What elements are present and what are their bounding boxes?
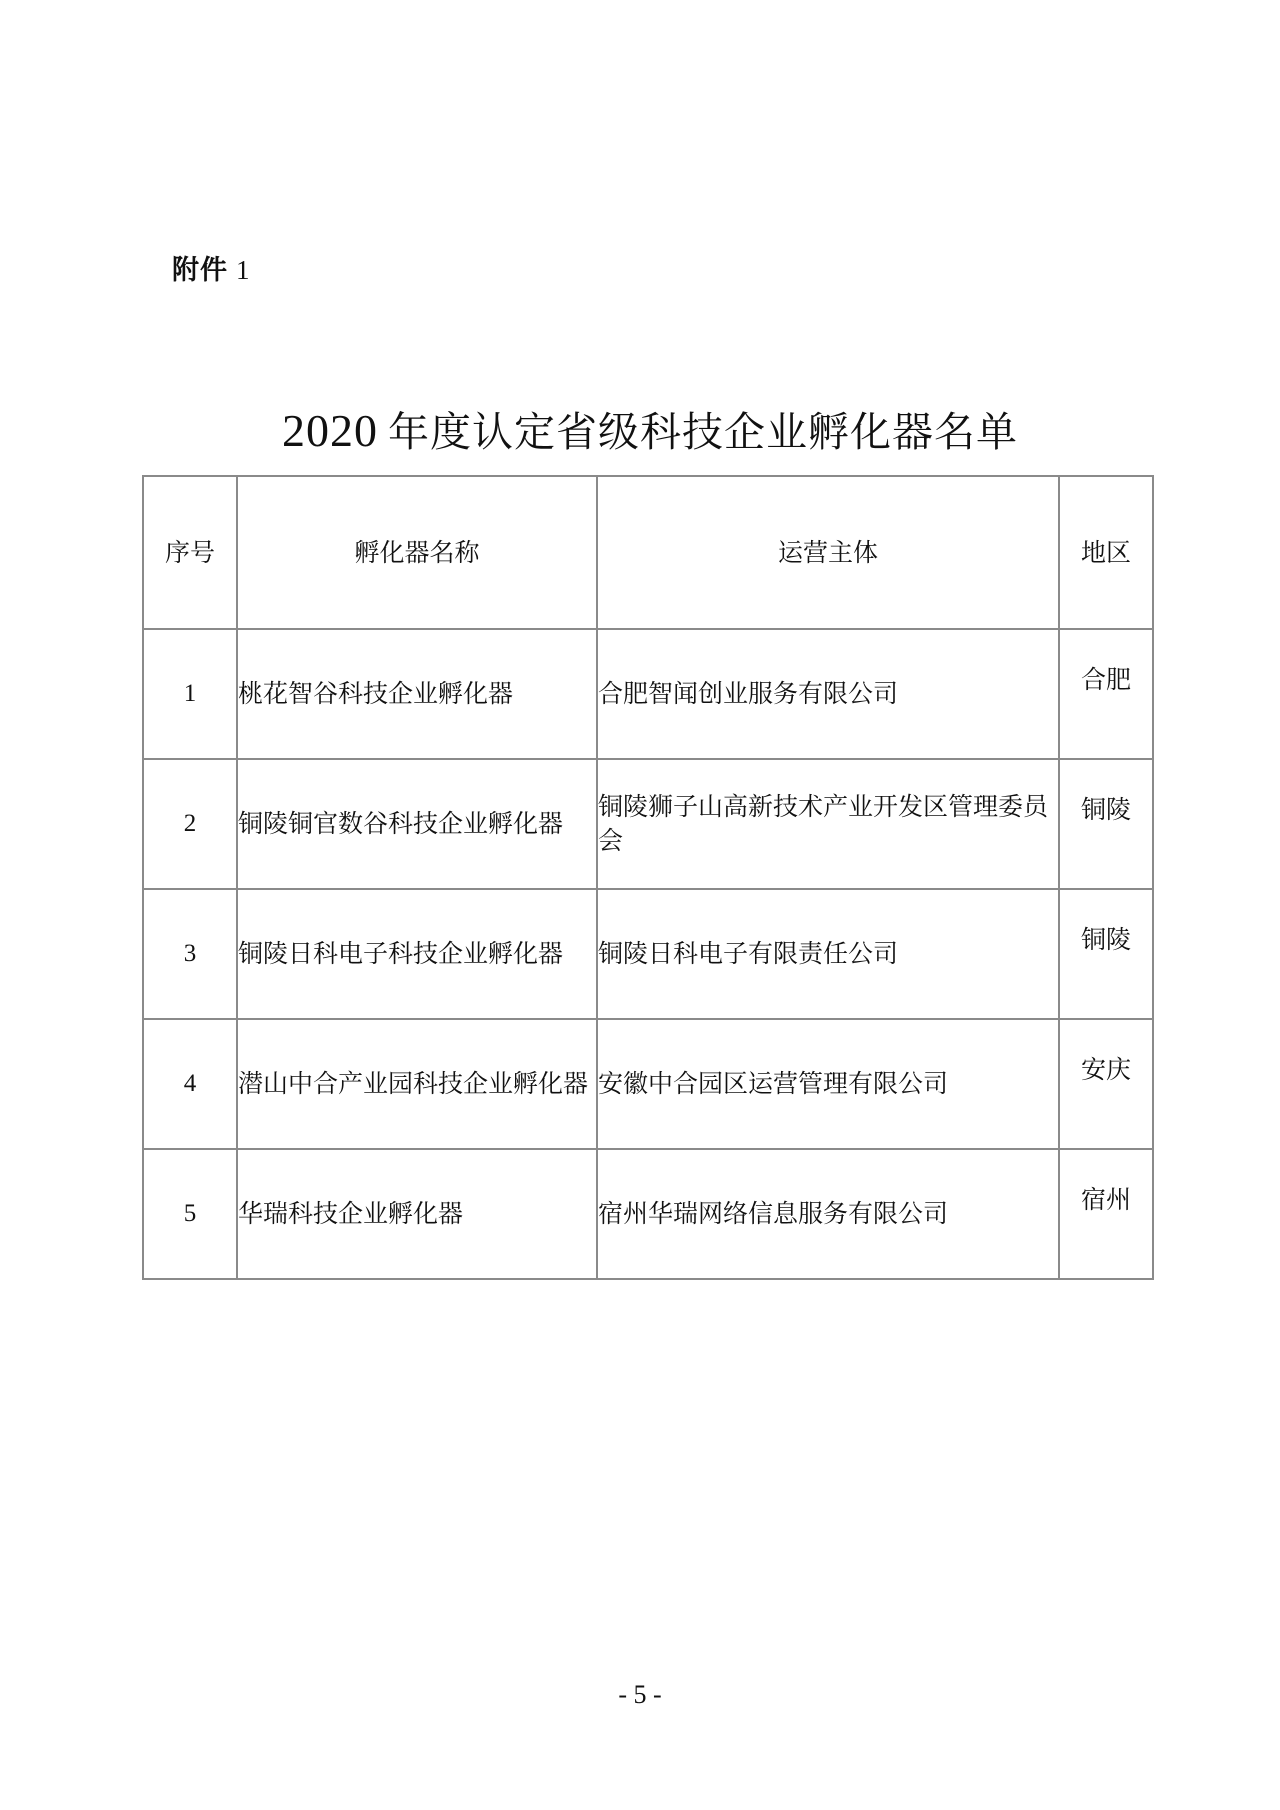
region-text: 合肥 [1081,663,1131,697]
region-text: 宿州 [1081,1183,1131,1217]
title-text: 年度认定省级科技企业孵化器名单 [388,408,1018,456]
cell-serial-number: 1 [143,629,237,759]
table-header-row: 序号 孵化器名称 运营主体 地区 [143,476,1153,629]
page-number: - 5 - [0,1678,1280,1712]
cell-operator: 宿州华瑞网络信息服务有限公司 [597,1149,1059,1279]
cell-incubator-name: 铜陵铜官数谷科技企业孵化器 [237,759,597,889]
header-operator: 运营主体 [597,476,1059,629]
cell-serial-number: 5 [143,1149,237,1279]
document-title: 2020年度认定省级科技企业孵化器名单 [0,403,1280,460]
header-serial-number: 序号 [143,476,237,629]
table-row: 3 铜陵日科电子科技企业孵化器 铜陵日科电子有限责任公司 铜陵 [143,889,1153,1019]
cell-incubator-name: 华瑞科技企业孵化器 [237,1149,597,1279]
region-text: 铜陵 [1081,923,1131,957]
cell-region: 安庆 [1059,1019,1153,1149]
table-row: 4 潜山中合产业园科技企业孵化器 安徽中合园区运营管理有限公司 安庆 [143,1019,1153,1149]
table-row: 2 铜陵铜官数谷科技企业孵化器 铜陵狮子山高新技术产业开发区管理委员会 铜陵 [143,759,1153,889]
cell-operator: 合肥智闻创业服务有限公司 [597,629,1059,759]
attachment-number: 1 [236,255,251,285]
cell-region: 合肥 [1059,629,1153,759]
cell-serial-number: 4 [143,1019,237,1149]
region-text: 铜陵 [1081,793,1131,827]
cell-region: 宿州 [1059,1149,1153,1279]
header-region: 地区 [1059,476,1153,629]
attachment-label: 附件1 [172,250,251,291]
header-incubator-name: 孵化器名称 [237,476,597,629]
table-row: 1 桃花智谷科技企业孵化器 合肥智闻创业服务有限公司 合肥 [143,629,1153,759]
incubator-list-table: 序号 孵化器名称 运营主体 地区 1 桃花智谷科技企业孵化器 合肥智闻创业服务有… [142,475,1154,1280]
cell-operator: 安徽中合园区运营管理有限公司 [597,1019,1059,1149]
cell-operator: 铜陵日科电子有限责任公司 [597,889,1059,1019]
cell-region: 铜陵 [1059,889,1153,1019]
cell-serial-number: 2 [143,759,237,889]
cell-serial-number: 3 [143,889,237,1019]
cell-region: 铜陵 [1059,759,1153,889]
cell-incubator-name: 桃花智谷科技企业孵化器 [237,629,597,759]
region-text: 安庆 [1081,1053,1131,1087]
cell-incubator-name: 铜陵日科电子科技企业孵化器 [237,889,597,1019]
attachment-label-text: 附件 [172,255,228,286]
cell-operator: 铜陵狮子山高新技术产业开发区管理委员会 [597,759,1059,889]
cell-incubator-name: 潜山中合产业园科技企业孵化器 [237,1019,597,1149]
title-year: 2020 [282,405,378,456]
table-row: 5 华瑞科技企业孵化器 宿州华瑞网络信息服务有限公司 宿州 [143,1149,1153,1279]
